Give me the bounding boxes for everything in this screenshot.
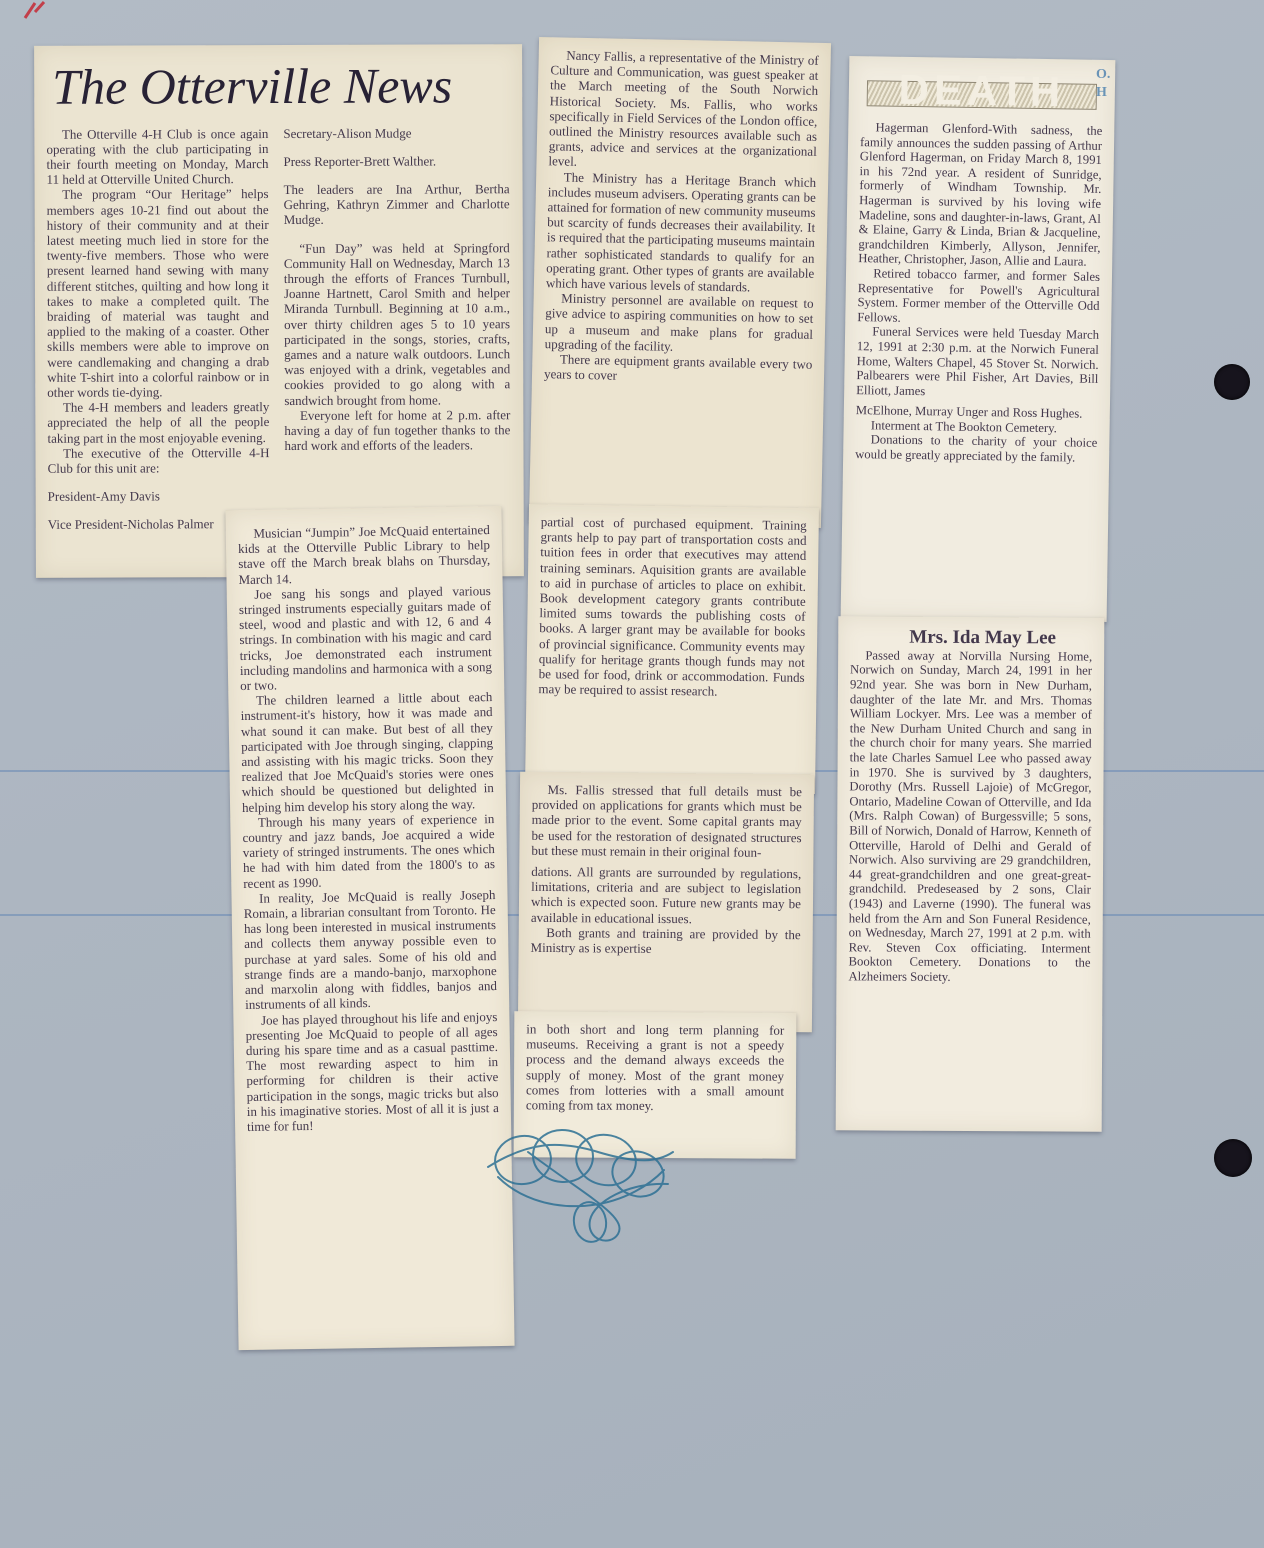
newspaper-masthead: The Otterville News bbox=[34, 44, 522, 126]
paragraph: Both grants and training are provided by… bbox=[531, 925, 801, 958]
clipping-fallis-segment-1: Nancy Fallis, a representative of the Mi… bbox=[529, 37, 831, 528]
clipping-otterville-news: The Otterville News The Otterville 4-H C… bbox=[34, 44, 524, 578]
paragraph: dations. All grants are surrounded by re… bbox=[531, 864, 802, 927]
paragraph: The Otterville 4-H Club is once again op… bbox=[46, 126, 268, 188]
paragraph: “Fun Day” was held at Springford Communi… bbox=[284, 240, 511, 408]
hole-punch bbox=[1214, 1139, 1252, 1177]
paragraph: Ms. Fallis stressed that full details mu… bbox=[531, 782, 802, 860]
paragraph: Retired tobacco farmer, and former Sales… bbox=[857, 266, 1100, 328]
paragraph: There are equipment grants available eve… bbox=[544, 351, 813, 387]
paragraph: Funeral Services were held Tuesday March… bbox=[856, 324, 1099, 401]
paragraph: Joe sang his songs and played various st… bbox=[239, 583, 493, 693]
scrapbook-page: The Otterville News The Otterville 4-H C… bbox=[0, 0, 1264, 1548]
byline: Secretary-Alison Mudge bbox=[283, 125, 509, 141]
paragraph: Hagerman Glenford-With sadness, the fami… bbox=[858, 120, 1102, 270]
death-banner-title: DEATH bbox=[898, 66, 1065, 117]
paragraph: The executive of the Otterville 4-H Club… bbox=[47, 445, 269, 476]
clipping-ida-may-lee: Mrs. Ida May Lee Passed away at Norvilla… bbox=[836, 616, 1105, 1131]
paragraph: partial cost of purchased equipment. Tra… bbox=[538, 514, 807, 700]
obituary-title: Mrs. Ida May Lee bbox=[850, 626, 1092, 649]
paragraph: The Ministry has a Heritage Branch which… bbox=[546, 169, 816, 296]
paragraph: Donations to the charity of your choice … bbox=[855, 433, 1097, 466]
paragraph: Everyone left for home at 2 p.m. after h… bbox=[284, 407, 510, 453]
clipping-fallis-segment-2: partial cost of purchased equipment. Tra… bbox=[525, 504, 819, 794]
paragraph: Ministry personnel are available on requ… bbox=[545, 290, 814, 356]
news-right-column: Secretary-Alison Mudge Press Reporter-Br… bbox=[283, 125, 510, 532]
paragraph: Passed away at Norvilla Nursing Home, No… bbox=[848, 648, 1092, 985]
news-columns: The Otterville 4-H Club is once again op… bbox=[34, 125, 523, 533]
red-pen-mark-icon bbox=[22, 0, 52, 20]
paragraph: in both short and long term planning for… bbox=[526, 1021, 784, 1114]
stamp-letter: O. bbox=[1096, 66, 1110, 84]
paragraph: Through his many years of experience in … bbox=[242, 811, 495, 891]
clipping-death-hagerman: DEATH Hagerman Glenford-With sadness, th… bbox=[841, 56, 1116, 622]
hole-punch bbox=[1214, 364, 1250, 400]
death-banner: DEATH bbox=[864, 68, 1099, 120]
paragraph: The children learned a little about each… bbox=[240, 689, 494, 815]
blue-stamp-letters: O. H bbox=[1096, 66, 1110, 102]
paragraph: The program “Our Heritage” helps members… bbox=[47, 186, 270, 400]
paragraph: Musician “Jumpin” Joe McQuaid entertaine… bbox=[238, 522, 491, 587]
pen-doodle-icon bbox=[468, 1122, 698, 1247]
clipping-fallis-segment-3: Ms. Fallis stressed that full details mu… bbox=[518, 772, 814, 1033]
news-left-column: The Otterville 4-H Club is once again op… bbox=[46, 126, 269, 533]
paragraph: Nancy Fallis, a representative of the Mi… bbox=[548, 47, 818, 174]
paragraph: In reality, Joe McQuaid is really Joseph… bbox=[243, 887, 497, 1013]
byline: Press Reporter-Brett Walther. bbox=[283, 153, 509, 169]
paragraph: The 4-H members and leaders greatly appr… bbox=[47, 399, 269, 445]
stamp-letter: H bbox=[1096, 84, 1110, 102]
paragraph: Joe has played throughout his life and e… bbox=[245, 1009, 499, 1135]
byline: President-Amy Davis bbox=[48, 488, 270, 504]
paragraph: The leaders are Ina Arthur, Bertha Gehri… bbox=[284, 181, 510, 227]
